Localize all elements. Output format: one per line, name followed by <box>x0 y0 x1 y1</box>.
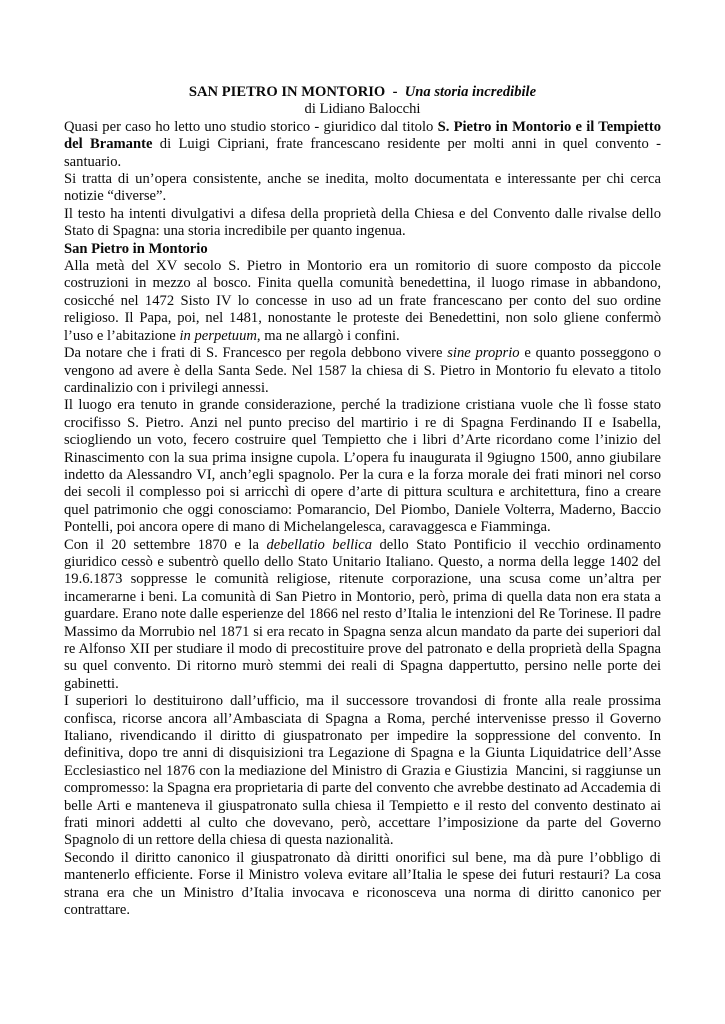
document-title: SAN PIETRO IN MONTORIO - Una storia incr… <box>64 84 661 101</box>
text-run: Quasi per caso ho letto uno studio stori… <box>64 119 438 135</box>
paragraph: Alla metà del XV secolo S. Pietro in Mon… <box>64 258 661 345</box>
paragraph: Con il 20 settembre 1870 e la debellatio… <box>64 537 661 694</box>
text-run: I superiori lo destituirono dall’ufficio… <box>64 693 661 848</box>
text-run: Il testo ha intenti divulgativi a difesa… <box>64 206 661 239</box>
paragraph: I superiori lo destituirono dall’ufficio… <box>64 693 661 850</box>
text-run: Da notare che i frati di S. Francesco pe… <box>64 345 447 361</box>
paragraph: Da notare che i frati di S. Francesco pe… <box>64 345 661 397</box>
paragraph: Si tratta di un’opera consistente, anche… <box>64 171 661 206</box>
paragraph: Quasi per caso ho letto uno studio stori… <box>64 119 661 171</box>
text-run: debellatio bellica <box>266 537 372 553</box>
text-run: Una storia incredibile <box>405 84 536 100</box>
text-run: di Luigi Cipriani, frate francescano res… <box>64 136 661 169</box>
text-run: San Pietro in Montorio <box>64 241 208 257</box>
document-body: Quasi per caso ho letto uno studio stori… <box>64 119 661 920</box>
document-page: SAN PIETRO IN MONTORIO - Una storia incr… <box>0 0 725 1024</box>
paragraph: Secondo il diritto canonico il giuspatro… <box>64 850 661 920</box>
paragraph: Il testo ha intenti divulgativi a difesa… <box>64 206 661 241</box>
text-run: SAN PIETRO IN MONTORIO - <box>189 84 405 100</box>
text-run: dello Stato Pontificio il vecchio ordina… <box>64 537 661 692</box>
text-run: , ma ne allargò i confini. <box>257 328 400 344</box>
text-run: Secondo il diritto canonico il giuspatro… <box>64 850 661 918</box>
document-byline: di Lidiano Balocchi <box>64 101 661 118</box>
text-run: in perpetuum <box>180 328 257 344</box>
section-heading: San Pietro in Montorio <box>64 241 661 258</box>
text-run: Si tratta di un’opera consistente, anche… <box>64 171 661 204</box>
text-run: sine proprio <box>447 345 519 361</box>
paragraph: Il luogo era tenuto in grande consideraz… <box>64 397 661 536</box>
text-run: Con il 20 settembre 1870 e la <box>64 537 266 553</box>
text-run: Il luogo era tenuto in grande consideraz… <box>64 397 661 535</box>
